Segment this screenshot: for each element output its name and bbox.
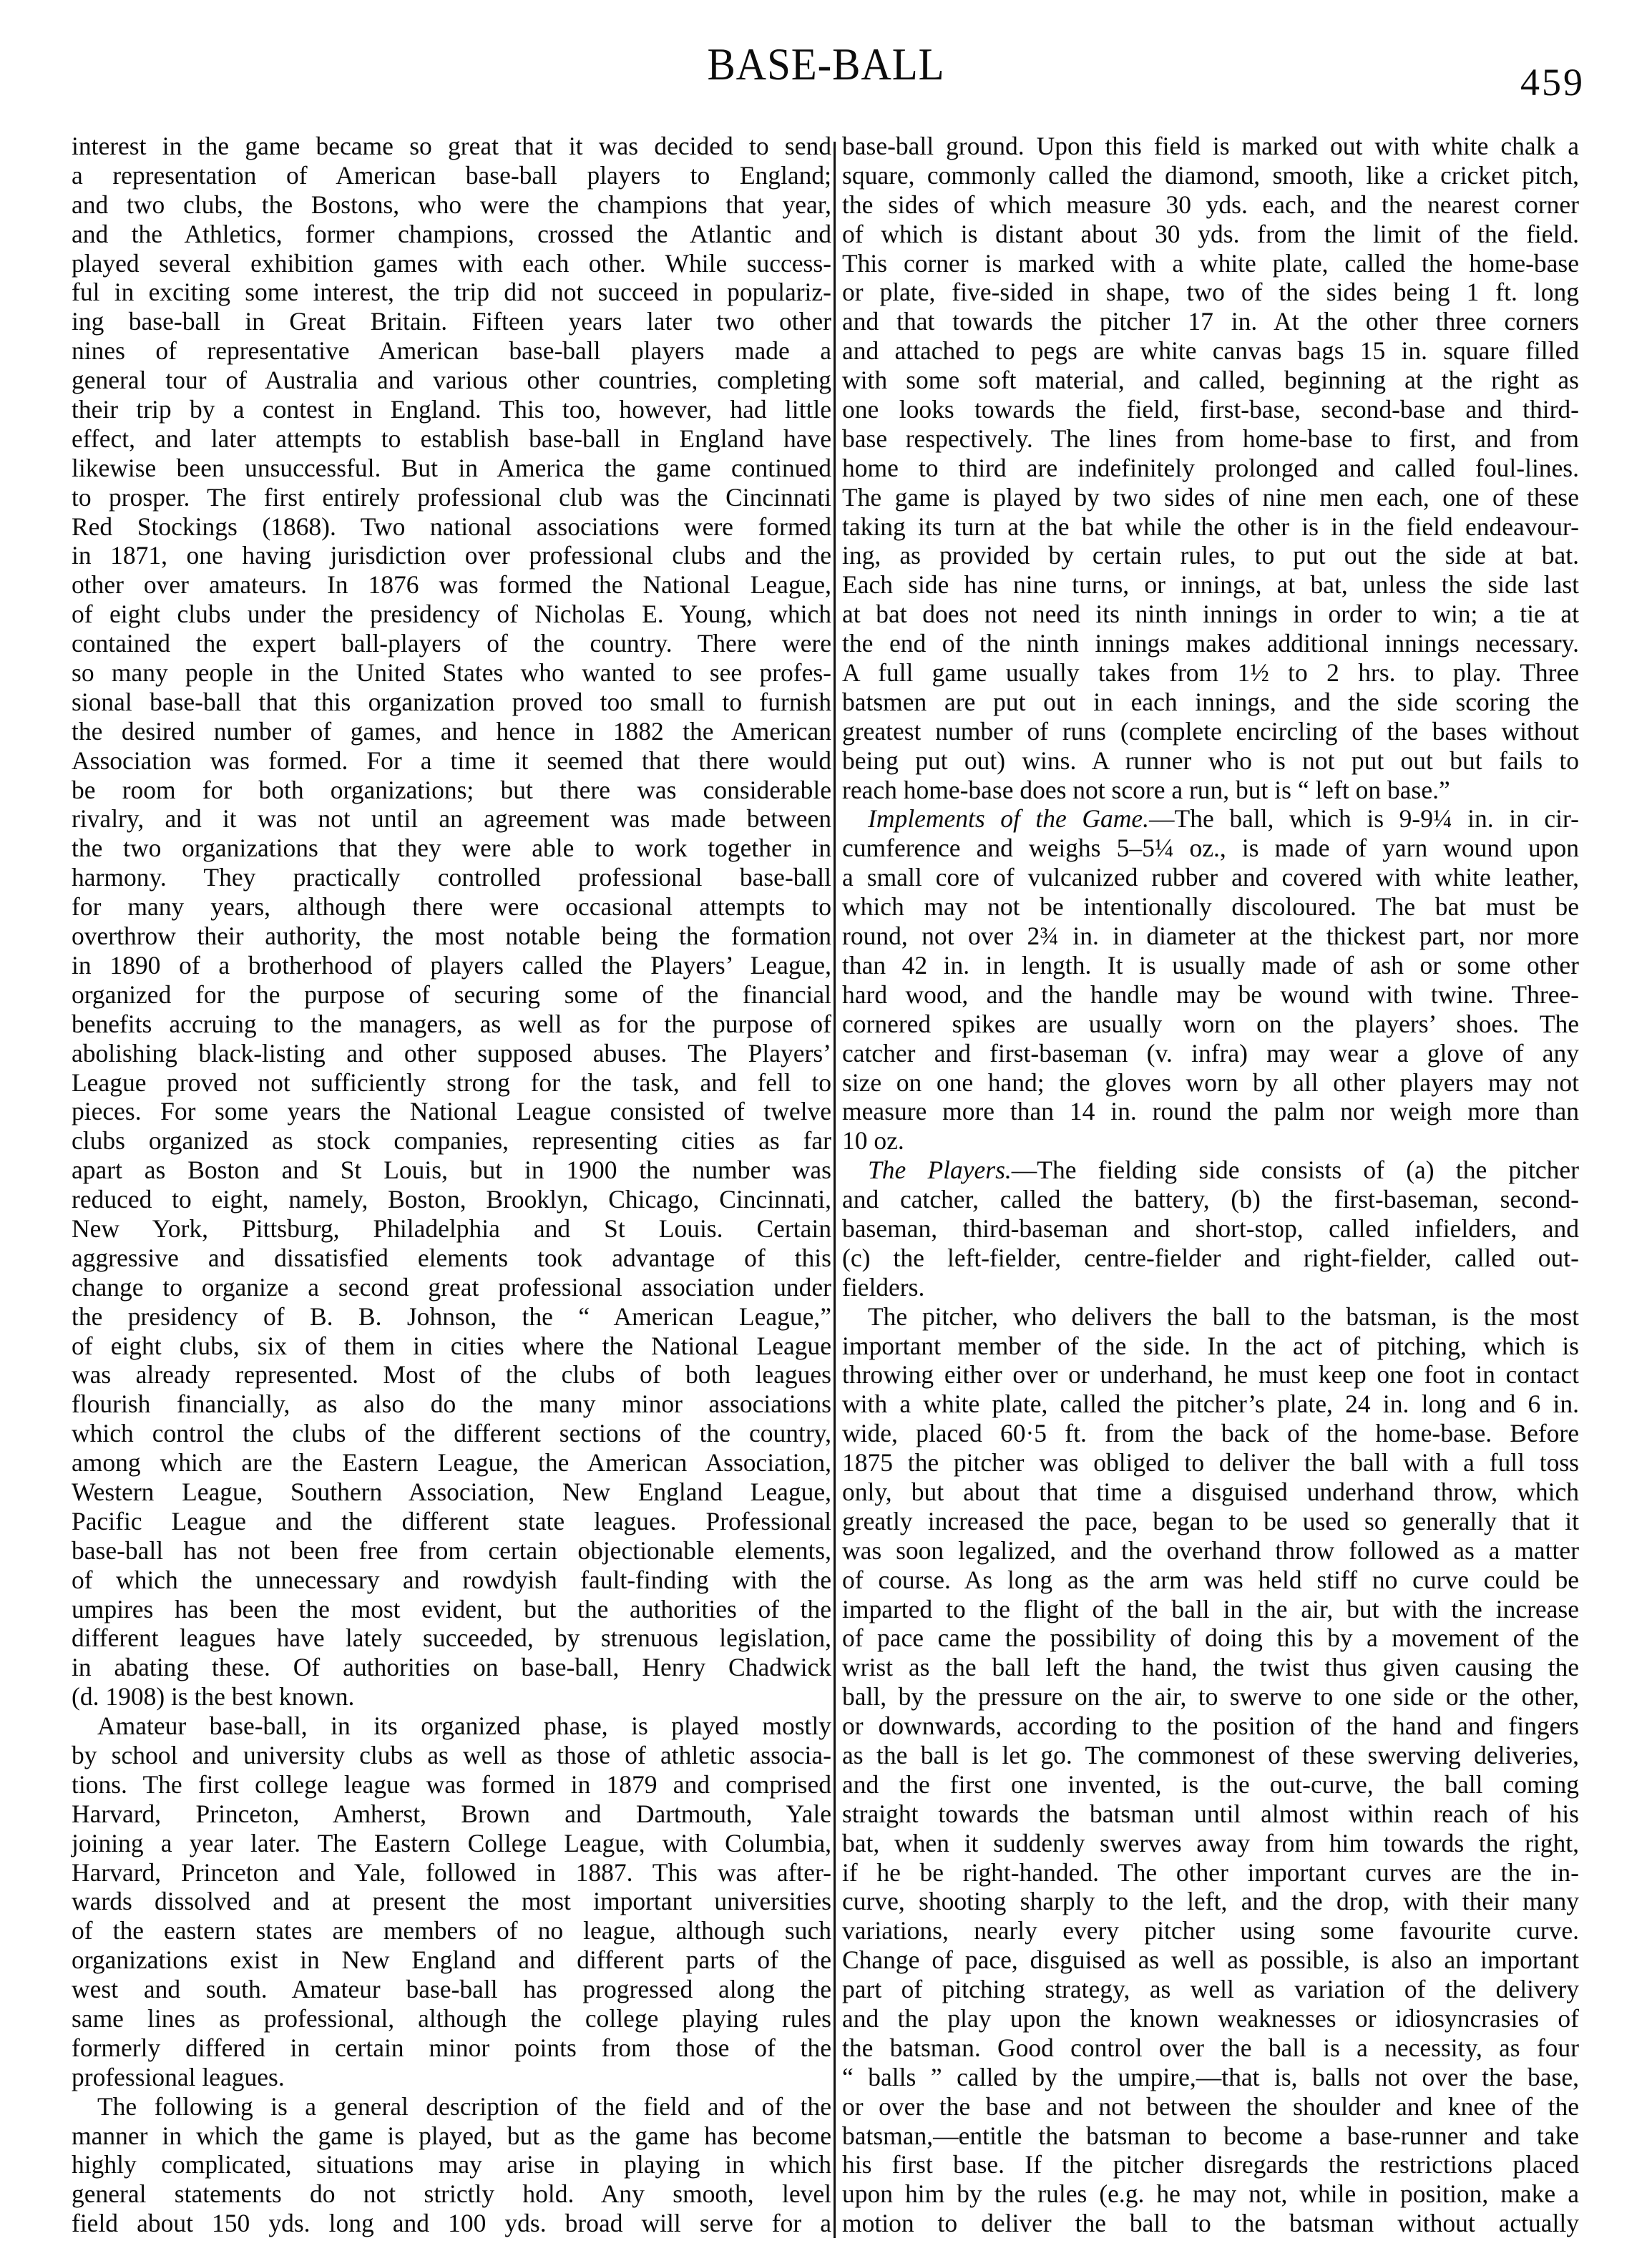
text-line: the batsman. Good control over the ball … xyxy=(842,2033,1579,2063)
line-text: batsmen are put out in each innings, and… xyxy=(842,688,1579,716)
line-text: curve, shooting sharply to the left, and… xyxy=(842,1887,1579,1915)
text-line: same lines as professional, although the… xyxy=(72,2004,831,2033)
right-column: base-ball ground. Upon this field is mar… xyxy=(842,132,1579,2238)
text-line: catcher and first-baseman (v. infra) may… xyxy=(842,1039,1579,1068)
text-line: of eight clubs under the presidency of N… xyxy=(72,600,831,629)
text-line: 10 oz. xyxy=(842,1126,1579,1156)
text-line: the presidency of B. B. Johnson, the “ A… xyxy=(72,1302,831,1332)
text-line: aggressive and dissatisfied elements too… xyxy=(72,1244,831,1273)
line-text: of which is distant about 30 yds. from t… xyxy=(842,220,1579,248)
line-text: effect, and later attempts to establish … xyxy=(72,424,831,453)
text-line: greatly increased the pace, began to be … xyxy=(842,1507,1579,1536)
line-text: flourish financially, as also do the man… xyxy=(72,1390,831,1418)
text-line: which may not be intentionally discolour… xyxy=(842,892,1579,922)
text-line: umpires has been the most evident, but t… xyxy=(72,1595,831,1624)
text-line: Implements of the Game.—The ball, which … xyxy=(842,804,1579,834)
line-text: of course. As long as the arm was held s… xyxy=(842,1566,1579,1594)
text-line: base-ball ground. Upon this field is mar… xyxy=(842,132,1579,161)
line-text: greatly increased the pace, began to be … xyxy=(842,1507,1579,1535)
text-line: wide, placed 60·5 ft. from the back of t… xyxy=(842,1419,1579,1448)
text-line: square, commonly called the diamond, smo… xyxy=(842,161,1579,190)
text-line: ball, by the pressure on the air, to swe… xyxy=(842,1682,1579,1711)
text-line: The pitcher, who delivers the ball to th… xyxy=(842,1302,1579,1332)
text-line: The Players.—The fielding side consists … xyxy=(842,1156,1579,1185)
text-line: variations, nearly every pitcher using s… xyxy=(842,1916,1579,1945)
text-line: organizations exist in New England and d… xyxy=(72,1945,831,1975)
line-text: The pitcher, who delivers the ball to th… xyxy=(868,1302,1579,1331)
text-line: was soon legalized, and the overhand thr… xyxy=(842,1536,1579,1566)
line-text: and attached to pegs are white canvas ba… xyxy=(842,336,1579,365)
text-line: contained the expert ball-players of the… xyxy=(72,629,831,658)
text-line: cumference and weighs 5–5¼ oz., is made … xyxy=(842,834,1579,863)
line-text: greatest number of runs (complete encirc… xyxy=(842,717,1579,746)
text-line: the sides of which measure 30 yds. each,… xyxy=(842,190,1579,220)
text-line: Pacific League and the different state l… xyxy=(72,1507,831,1536)
line-text: 1875 the pitcher was obliged to deliver … xyxy=(842,1448,1579,1477)
line-text: so many people in the United States who … xyxy=(72,658,831,687)
line-text: sional base-ball that this organization … xyxy=(72,688,831,716)
text-line: reach home-base does not score a run, bu… xyxy=(842,776,1579,805)
line-text: was already represented. Most of the clu… xyxy=(72,1360,831,1389)
line-text: New York, Pittsburg, Philadelphia and St… xyxy=(72,1214,831,1243)
line-text: (c) the left-fielder, centre-fielder and… xyxy=(842,1244,1579,1272)
line-text: reduced to eight, namely, Boston, Brookl… xyxy=(72,1185,831,1213)
line-text: same lines as professional, although the… xyxy=(72,2004,831,2033)
text-line: ing, as provided by certain rules, to pu… xyxy=(842,541,1579,570)
text-line: general statements do not strictly hold.… xyxy=(72,2179,831,2209)
text-line: batsman,—entitle the batsman to become a… xyxy=(842,2121,1579,2151)
line-text: ing, as provided by certain rules, to pu… xyxy=(842,541,1579,570)
text-line: important member of the side. In the act… xyxy=(842,1332,1579,1361)
text-line: greatest number of runs (complete encirc… xyxy=(842,717,1579,746)
line-text: contained the expert ball-players of the… xyxy=(72,629,831,658)
text-line: different leagues have lately succeeded,… xyxy=(72,1623,831,1653)
line-text: west and south. Amateur base-ball has pr… xyxy=(72,1975,831,2003)
line-text: of eight clubs, six of them in cities wh… xyxy=(72,1332,831,1360)
text-line: of which is distant about 30 yds. from t… xyxy=(842,220,1579,249)
line-text: other over amateurs. In 1876 was formed … xyxy=(72,570,831,599)
line-text: overthrow their authority, the most nota… xyxy=(72,922,831,950)
text-line: organized for the purpose of securing so… xyxy=(72,980,831,1010)
line-text: straight towards the batsman until almos… xyxy=(842,1799,1579,1828)
left-column: interest in the game became so great tha… xyxy=(72,132,831,2238)
text-line: formerly differed in certain minor point… xyxy=(72,2033,831,2063)
text-line: field about 150 yds. long and 100 yds. b… xyxy=(72,2209,831,2238)
line-text: motion to deliver the ball to the batsma… xyxy=(842,2209,1579,2237)
line-text: The game is played by two sides of nine … xyxy=(842,483,1579,512)
text-line: in abating these. Of authorities on base… xyxy=(72,1653,831,1682)
line-text: than 42 in. in length. It is usually mad… xyxy=(842,951,1579,980)
line-text: of pace came the possibility of doing th… xyxy=(842,1623,1579,1652)
text-line: of which the unnecessary and rowdyish fa… xyxy=(72,1566,831,1595)
text-line: hard wood, and the handle may be wound w… xyxy=(842,980,1579,1010)
text-line: be room for both organizations; but ther… xyxy=(72,776,831,805)
text-line: and the Athletics, former champions, cro… xyxy=(72,220,831,249)
line-text: to prosper. The first entirely professio… xyxy=(72,483,831,512)
text-line: Red Stockings (1868). Two national assoc… xyxy=(72,512,831,542)
line-text: organizations exist in New England and d… xyxy=(72,1945,831,1974)
line-text: or over the base and not between the sho… xyxy=(842,2092,1579,2121)
line-text: Western League, Southern Association, Ne… xyxy=(72,1478,831,1506)
line-text: Harvard, Princeton, Amherst, Brown and D… xyxy=(72,1799,831,1828)
text-line: overthrow their authority, the most nota… xyxy=(72,922,831,951)
text-line: likewise been unsuccessful. But in Ameri… xyxy=(72,454,831,483)
line-text: abolishing black-listing and other suppo… xyxy=(72,1039,831,1068)
text-line: or over the base and not between the sho… xyxy=(842,2092,1579,2121)
line-text: rivalry, and it was not until an agreeme… xyxy=(72,804,831,833)
line-text: clubs organized as stock companies, repr… xyxy=(72,1126,831,1155)
line-text: and catcher, called the battery, (b) the… xyxy=(842,1185,1579,1213)
line-text: among which are the Eastern League, the … xyxy=(72,1448,831,1477)
text-line: rivalry, and it was not until an agreeme… xyxy=(72,804,831,834)
text-line: throwing either over or underhand, he mu… xyxy=(842,1360,1579,1390)
line-text: formerly differed in certain minor point… xyxy=(72,2033,831,2062)
line-text: organized for the purpose of securing so… xyxy=(72,980,831,1009)
line-text: and the play upon the known weaknesses o… xyxy=(842,2004,1579,2033)
text-line: their trip by a contest in England. This… xyxy=(72,395,831,424)
text-line: so many people in the United States who … xyxy=(72,658,831,688)
text-line: flourish financially, as also do the man… xyxy=(72,1390,831,1419)
line-text: or downwards, according to the position … xyxy=(842,1711,1579,1740)
line-text: field about 150 yds. long and 100 yds. b… xyxy=(72,2209,831,2237)
text-line: Association was formed. For a time it se… xyxy=(72,746,831,776)
line-text: one looks towards the field, first-base,… xyxy=(842,395,1579,424)
line-text: and two clubs, the Bostons, who were the… xyxy=(72,190,831,219)
text-line: taking its turn at the bat while the oth… xyxy=(842,512,1579,542)
line-text: of eight clubs under the presidency of N… xyxy=(72,600,831,628)
line-text: base respectively. The lines from home-b… xyxy=(842,424,1579,453)
line-text: at bat does not need its ninth innings i… xyxy=(842,600,1579,628)
line-text: the batsman. Good control over the ball … xyxy=(842,2033,1579,2062)
text-line: of pace came the possibility of doing th… xyxy=(842,1623,1579,1653)
text-line: if he be right-handed. The other importa… xyxy=(842,1858,1579,1887)
text-line: a small core of vulcanized rubber and co… xyxy=(842,863,1579,892)
text-line: League proved not sufficiently strong fo… xyxy=(72,1068,831,1098)
column-divider xyxy=(834,142,836,2238)
text-line: and that towards the pitcher 17 in. At t… xyxy=(842,307,1579,336)
text-line: cornered spikes are usually worn on the … xyxy=(842,1010,1579,1039)
line-text: reach home-base does not score a run, bu… xyxy=(842,776,1450,804)
text-line: (c) the left-fielder, centre-fielder and… xyxy=(842,1244,1579,1273)
text-line: general tour of Australia and various ot… xyxy=(72,366,831,395)
text-line: of course. As long as the arm was held s… xyxy=(842,1566,1579,1595)
line-text: highly complicated, situations may arise… xyxy=(72,2150,831,2179)
text-line: of eight clubs, six of them in cities wh… xyxy=(72,1332,831,1361)
text-line: with some soft material, and called, beg… xyxy=(842,366,1579,395)
line-text: Harvard, Princeton and Yale, followed in… xyxy=(72,1858,831,1887)
line-text: being put out) wins. A runner who is not… xyxy=(842,746,1579,775)
line-text: apart as Boston and St Louis, but in 190… xyxy=(72,1156,831,1184)
text-line: motion to deliver the ball to the batsma… xyxy=(842,2209,1579,2238)
text-line: the desired number of games, and hence i… xyxy=(72,717,831,746)
text-line: Amateur base-ball, in its organized phas… xyxy=(72,1711,831,1741)
text-line: played several exhibition games with eac… xyxy=(72,249,831,278)
line-text: with a white plate, called the pitcher’s… xyxy=(842,1390,1579,1418)
text-line: nines of representative American base-ba… xyxy=(72,336,831,366)
text-line: abolishing black-listing and other suppo… xyxy=(72,1039,831,1068)
line-text: be room for both organizations; but ther… xyxy=(72,776,831,804)
text-line: The following is a general description o… xyxy=(72,2092,831,2121)
text-line: wrist as the ball left the hand, the twi… xyxy=(842,1653,1579,1682)
line-text: if he be right-handed. The other importa… xyxy=(842,1858,1579,1887)
line-text: Change of pace, disguised as well as pos… xyxy=(842,1945,1579,1974)
line-text: Association was formed. For a time it se… xyxy=(72,746,831,775)
line-text: umpires has been the most evident, but t… xyxy=(72,1595,831,1623)
line-text: by school and university clubs as well a… xyxy=(72,1741,831,1769)
line-text: League proved not sufficiently strong fo… xyxy=(72,1068,831,1097)
line-text: This corner is marked with a white plate… xyxy=(842,249,1579,278)
text-line: 1875 the pitcher was obliged to deliver … xyxy=(842,1448,1579,1478)
line-text: his first base. If the pitcher disregard… xyxy=(842,2150,1579,2179)
line-text: cumference and weighs 5–5¼ oz., is made … xyxy=(842,834,1579,862)
text-line: curve, shooting sharply to the left, and… xyxy=(842,1887,1579,1916)
line-text: or plate, five-sided in shape, two of th… xyxy=(842,278,1579,306)
text-line: and the play upon the known weaknesses o… xyxy=(842,2004,1579,2033)
line-text: cornered spikes are usually worn on the … xyxy=(842,1010,1579,1038)
line-text: A full game usually takes from 1½ to 2 h… xyxy=(842,658,1579,687)
text-line: The game is played by two sides of nine … xyxy=(842,483,1579,512)
line-text: wrist as the ball left the hand, the twi… xyxy=(842,1653,1579,1681)
text-line: round, not over 2¾ in. in diameter at th… xyxy=(842,922,1579,951)
text-line: west and south. Amateur base-ball has pr… xyxy=(72,1975,831,2004)
page-number: 459 xyxy=(1520,50,1585,114)
line-text: in 1871, one having jurisdiction over pr… xyxy=(72,541,831,570)
text-line: interest in the game became so great tha… xyxy=(72,132,831,161)
text-line: as the ball is let go. The commonest of … xyxy=(842,1741,1579,1770)
line-text: in abating these. Of authorities on base… xyxy=(72,1653,831,1681)
line-text: their trip by a contest in England. This… xyxy=(72,395,831,424)
line-text: (d. 1908) is the best known. xyxy=(72,1682,354,1711)
text-line: tions. The first college league was form… xyxy=(72,1770,831,1799)
text-line: Harvard, Princeton and Yale, followed in… xyxy=(72,1858,831,1887)
line-text: of the eastern states are members of no … xyxy=(72,1916,831,1945)
text-line: part of pitching strategy, as well as va… xyxy=(842,1975,1579,2004)
line-text: throwing either over or underhand, he mu… xyxy=(842,1360,1579,1389)
line-text: ful in exciting some interest, the trip … xyxy=(72,278,831,306)
line-text: joining a year later. The Eastern Colleg… xyxy=(72,1829,831,1857)
line-text: as the ball is let go. The commonest of … xyxy=(842,1741,1579,1769)
section-heading: Implements of the Game. xyxy=(868,804,1149,833)
line-text: a small core of vulcanized rubber and co… xyxy=(842,863,1579,892)
line-text: for many years, although there were occa… xyxy=(72,892,831,921)
section-heading: The Players. xyxy=(868,1156,1012,1184)
text-line: upon him by the rules (e.g. he may not, … xyxy=(842,2179,1579,2209)
text-line: Harvard, Princeton, Amherst, Brown and D… xyxy=(72,1799,831,1829)
text-line: to prosper. The first entirely professio… xyxy=(72,483,831,512)
line-text: tions. The first college league was form… xyxy=(72,1770,831,1799)
text-line: New York, Pittsburg, Philadelphia and St… xyxy=(72,1214,831,1244)
line-text: Pacific League and the different state l… xyxy=(72,1507,831,1535)
line-text: square, commonly called the diamond, smo… xyxy=(842,161,1579,190)
text-line: among which are the Eastern League, the … xyxy=(72,1448,831,1478)
line-text: the two organizations that they were abl… xyxy=(72,834,831,862)
text-line: straight towards the batsman until almos… xyxy=(842,1799,1579,1829)
line-text: a representation of American base-ball p… xyxy=(72,161,831,190)
text-line: ful in exciting some interest, the trip … xyxy=(72,278,831,307)
text-line: his first base. If the pitcher disregard… xyxy=(842,2150,1579,2179)
text-line: joining a year later. The Eastern Colleg… xyxy=(72,1829,831,1858)
line-text: aggressive and dissatisfied elements too… xyxy=(72,1244,831,1272)
page-title: BASE-BALL xyxy=(66,29,1585,100)
line-text: which may not be intentionally discolour… xyxy=(842,892,1579,921)
line-text: measure more than 14 in. round the palm … xyxy=(842,1097,1579,1125)
text-line: the end of the ninth innings makes addit… xyxy=(842,629,1579,658)
text-line: a representation of American base-ball p… xyxy=(72,161,831,190)
text-line: base-ball has not been free from certain… xyxy=(72,1536,831,1566)
text-line: and catcher, called the battery, (b) the… xyxy=(842,1185,1579,1214)
text-line: reduced to eight, namely, Boston, Brookl… xyxy=(72,1185,831,1214)
text-line: change to organize a second great profes… xyxy=(72,1273,831,1302)
line-text: ing base-ball in Great Britain. Fifteen … xyxy=(72,307,831,336)
text-line: of the eastern states are members of no … xyxy=(72,1916,831,1945)
line-text: was soon legalized, and the overhand thr… xyxy=(842,1536,1579,1565)
text-line: sional base-ball that this organization … xyxy=(72,688,831,717)
line-text: The following is a general description o… xyxy=(97,2092,831,2121)
line-text: manner in which the game is played, but … xyxy=(72,2121,831,2150)
text-line: Western League, Southern Association, Ne… xyxy=(72,1478,831,1507)
text-line: with a white plate, called the pitcher’s… xyxy=(842,1390,1579,1419)
text-line: imparted to the flight of the ball in th… xyxy=(842,1595,1579,1624)
text-line: harmony. They practically controlled pro… xyxy=(72,863,831,892)
line-text: Red Stockings (1868). Two national assoc… xyxy=(72,512,831,541)
text-line: manner in which the game is played, but … xyxy=(72,2121,831,2151)
text-line: effect, and later attempts to establish … xyxy=(72,424,831,454)
text-line: size on one hand; the gloves worn by all… xyxy=(842,1068,1579,1098)
text-line: base respectively. The lines from home-b… xyxy=(842,424,1579,454)
text-line: benefits accruing to the managers, as we… xyxy=(72,1010,831,1039)
line-text: and that towards the pitcher 17 in. At t… xyxy=(842,307,1579,336)
line-text: which control the clubs of the different… xyxy=(72,1419,831,1447)
line-text: likewise been unsuccessful. But in Ameri… xyxy=(72,454,831,482)
text-line: measure more than 14 in. round the palm … xyxy=(842,1097,1579,1126)
line-text: batsman,—entitle the batsman to become a… xyxy=(842,2121,1579,2150)
line-text: taking its turn at the bat while the oth… xyxy=(842,512,1579,541)
text-line: (d. 1908) is the best known. xyxy=(72,1682,831,1711)
text-line: than 42 in. in length. It is usually mad… xyxy=(842,951,1579,980)
text-line: fielders. xyxy=(842,1273,1579,1302)
text-line: ing base-ball in Great Britain. Fifteen … xyxy=(72,307,831,336)
line-text: variations, nearly every pitcher using s… xyxy=(842,1916,1579,1945)
text-line: by school and university clubs as well a… xyxy=(72,1741,831,1770)
text-line: A full game usually takes from 1½ to 2 h… xyxy=(842,658,1579,688)
line-text: with some soft material, and called, beg… xyxy=(842,366,1579,394)
text-line: for many years, although there were occa… xyxy=(72,892,831,922)
text-line: other over amateurs. In 1876 was formed … xyxy=(72,570,831,600)
line-text: of which the unnecessary and rowdyish fa… xyxy=(72,1566,831,1594)
text-line: clubs organized as stock companies, repr… xyxy=(72,1126,831,1156)
line-text: change to organize a second great profes… xyxy=(72,1273,831,1302)
line-text: 10 oz. xyxy=(842,1126,904,1155)
line-text: general tour of Australia and various ot… xyxy=(72,366,831,394)
text-line: pieces. For some years the National Leag… xyxy=(72,1097,831,1126)
text-line: professional leagues. xyxy=(72,2063,831,2092)
line-text: round, not over 2¾ in. in diameter at th… xyxy=(842,922,1579,950)
text-line: baseman, third-baseman and short-stop, c… xyxy=(842,1214,1579,1244)
line-text: played several exhibition games with eac… xyxy=(72,249,831,278)
text-line: or plate, five-sided in shape, two of th… xyxy=(842,278,1579,307)
text-line: and the first one invented, is the out-c… xyxy=(842,1770,1579,1799)
line-text: wide, placed 60·5 ft. from the back of t… xyxy=(842,1419,1579,1447)
line-text: upon him by the rules (e.g. he may not, … xyxy=(842,2179,1579,2208)
text-line: “ balls ” called by the umpire,—that is,… xyxy=(842,2063,1579,2092)
text-line: highly complicated, situations may arise… xyxy=(72,2150,831,2179)
text-line: only, but about that time a disguised un… xyxy=(842,1478,1579,1507)
line-text: nines of representative American base-ba… xyxy=(72,336,831,365)
text-line: home to third are indefinitely prolonged… xyxy=(842,454,1579,483)
line-text: the end of the ninth innings makes addit… xyxy=(842,629,1579,658)
text-line: or downwards, according to the position … xyxy=(842,1711,1579,1741)
text-line: batsmen are put out in each innings, and… xyxy=(842,688,1579,717)
line-text: ball, by the pressure on the air, to swe… xyxy=(842,1682,1579,1711)
text-line: This corner is marked with a white plate… xyxy=(842,249,1579,278)
text-line: one looks towards the field, first-base,… xyxy=(842,395,1579,424)
text-line: and two clubs, the Bostons, who were the… xyxy=(72,190,831,220)
line-text: imparted to the flight of the ball in th… xyxy=(842,1595,1579,1623)
line-text: pieces. For some years the National Leag… xyxy=(72,1097,831,1125)
text-line: bat, when it suddenly swerves away from … xyxy=(842,1829,1579,1858)
text-line: was already represented. Most of the clu… xyxy=(72,1360,831,1390)
line-text: wards dissolved and at present the most … xyxy=(72,1887,831,1915)
line-text: benefits accruing to the managers, as we… xyxy=(72,1010,831,1038)
line-text: base-ball has not been free from certain… xyxy=(72,1536,831,1565)
line-text: —The ball, which is 9-9¼ in. in cir- xyxy=(1149,804,1579,833)
text-line: Change of pace, disguised as well as pos… xyxy=(842,1945,1579,1975)
line-text: general statements do not strictly hold.… xyxy=(72,2179,831,2208)
text-line: at bat does not need its ninth innings i… xyxy=(842,600,1579,629)
line-text: different leagues have lately succeeded,… xyxy=(72,1623,831,1652)
line-text: size on one hand; the gloves worn by all… xyxy=(842,1068,1579,1097)
line-text: hard wood, and the handle may be wound w… xyxy=(842,980,1579,1009)
line-text: and the first one invented, is the out-c… xyxy=(842,1770,1579,1799)
line-text: the presidency of B. B. Johnson, the “ A… xyxy=(72,1302,831,1331)
line-text: only, but about that time a disguised un… xyxy=(842,1478,1579,1506)
text-line: which control the clubs of the different… xyxy=(72,1419,831,1448)
line-text: —The fielding side consists of (a) the p… xyxy=(1012,1156,1579,1184)
line-text: Amateur base-ball, in its organized phas… xyxy=(97,1711,831,1740)
text-line: in 1871, one having jurisdiction over pr… xyxy=(72,541,831,570)
line-text: part of pitching strategy, as well as va… xyxy=(842,1975,1579,2003)
text-line: apart as Boston and St Louis, but in 190… xyxy=(72,1156,831,1185)
line-text: harmony. They practically controlled pro… xyxy=(72,863,831,892)
text-line: in 1890 of a brotherhood of players call… xyxy=(72,951,831,980)
text-line: Each side has nine turns, or innings, at… xyxy=(842,570,1579,600)
line-text: “ balls ” called by the umpire,—that is,… xyxy=(842,2063,1579,2091)
line-text: fielders. xyxy=(842,1273,924,1302)
line-text: important member of the side. In the act… xyxy=(842,1332,1579,1360)
line-text: baseman, third-baseman and short-stop, c… xyxy=(842,1214,1579,1243)
line-text: Each side has nine turns, or innings, at… xyxy=(842,570,1579,599)
line-text: bat, when it suddenly swerves away from … xyxy=(842,1829,1579,1857)
line-text: the sides of which measure 30 yds. each,… xyxy=(842,190,1579,219)
line-text: interest in the game became so great tha… xyxy=(72,132,831,160)
line-text: in 1890 of a brotherhood of players call… xyxy=(72,951,831,980)
text-line: and attached to pegs are white canvas ba… xyxy=(842,336,1579,366)
line-text: home to third are indefinitely prolonged… xyxy=(842,454,1579,482)
line-text: professional leagues. xyxy=(72,2063,285,2091)
line-text: base-ball ground. Upon this field is mar… xyxy=(842,132,1579,160)
line-text: the desired number of games, and hence i… xyxy=(72,717,831,746)
text-line: wards dissolved and at present the most … xyxy=(72,1887,831,1916)
line-text: catcher and first-baseman (v. infra) may… xyxy=(842,1039,1579,1068)
text-line: the two organizations that they were abl… xyxy=(72,834,831,863)
line-text: and the Athletics, former champions, cro… xyxy=(72,220,831,248)
text-line: being put out) wins. A runner who is not… xyxy=(842,746,1579,776)
